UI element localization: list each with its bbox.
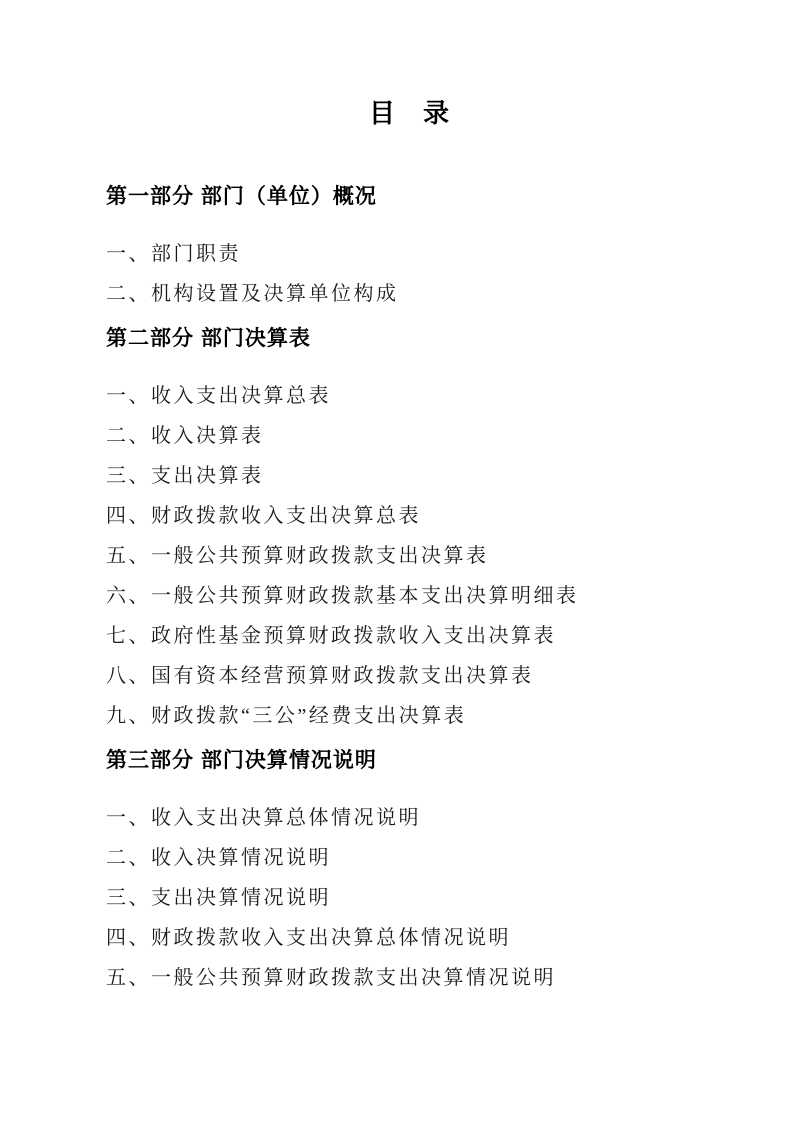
toc-item: 三、支出决算表 xyxy=(106,456,713,496)
toc-item: 一、部门职责 xyxy=(106,234,713,274)
page-content: 目 录 第一部分 部门（单位）概况 一、部门职责 二、机构设置及决算单位构成 第… xyxy=(0,0,793,998)
toc-item: 一、收入支出决算总体情况说明 xyxy=(106,798,713,838)
toc-item: 二、机构设置及决算单位构成 xyxy=(106,274,713,314)
toc-item: 九、财政拨款“三公”经费支出决算表 xyxy=(106,696,713,736)
toc-item: 六、一般公共预算财政拨款基本支出决算明细表 xyxy=(106,576,713,616)
toc-item: 二、收入决算情况说明 xyxy=(106,838,713,878)
toc-item: 七、政府性基金预算财政拨款收入支出决算表 xyxy=(106,616,713,656)
section-2-list: 一、收入支出决算总表 二、收入决算表 三、支出决算表 四、财政拨款收入支出决算总… xyxy=(106,376,713,736)
toc-item: 八、国有资本经营预算财政拨款支出决算表 xyxy=(106,656,713,696)
section-2-heading: 第二部分 部门决算表 xyxy=(106,324,713,354)
toc-item: 五、一般公共预算财政拨款支出决算情况说明 xyxy=(106,958,713,998)
toc-item: 二、收入决算表 xyxy=(106,416,713,456)
document-page: 目 录 第一部分 部门（单位）概况 一、部门职责 二、机构设置及决算单位构成 第… xyxy=(0,0,793,1122)
section-1-list: 一、部门职责 二、机构设置及决算单位构成 xyxy=(106,234,713,314)
section-part-2: 第二部分 部门决算表 一、收入支出决算总表 二、收入决算表 三、支出决算表 四、… xyxy=(106,324,713,736)
section-3-list: 一、收入支出决算总体情况说明 二、收入决算情况说明 三、支出决算情况说明 四、财… xyxy=(106,798,713,998)
section-1-heading: 第一部分 部门（单位）概况 xyxy=(106,182,713,212)
section-part-1: 第一部分 部门（单位）概况 一、部门职责 二、机构设置及决算单位构成 xyxy=(106,182,713,314)
toc-item: 四、财政拨款收入支出决算总表 xyxy=(106,496,713,536)
section-3-heading: 第三部分 部门决算情况说明 xyxy=(106,746,713,776)
toc-item: 一、收入支出决算总表 xyxy=(106,376,713,416)
toc-item: 四、财政拨款收入支出决算总体情况说明 xyxy=(106,918,713,958)
page-title: 目 录 xyxy=(106,97,713,130)
toc-item: 三、支出决算情况说明 xyxy=(106,878,713,918)
toc-item: 五、一般公共预算财政拨款支出决算表 xyxy=(106,536,713,576)
section-part-3: 第三部分 部门决算情况说明 一、收入支出决算总体情况说明 二、收入决算情况说明 … xyxy=(106,746,713,998)
